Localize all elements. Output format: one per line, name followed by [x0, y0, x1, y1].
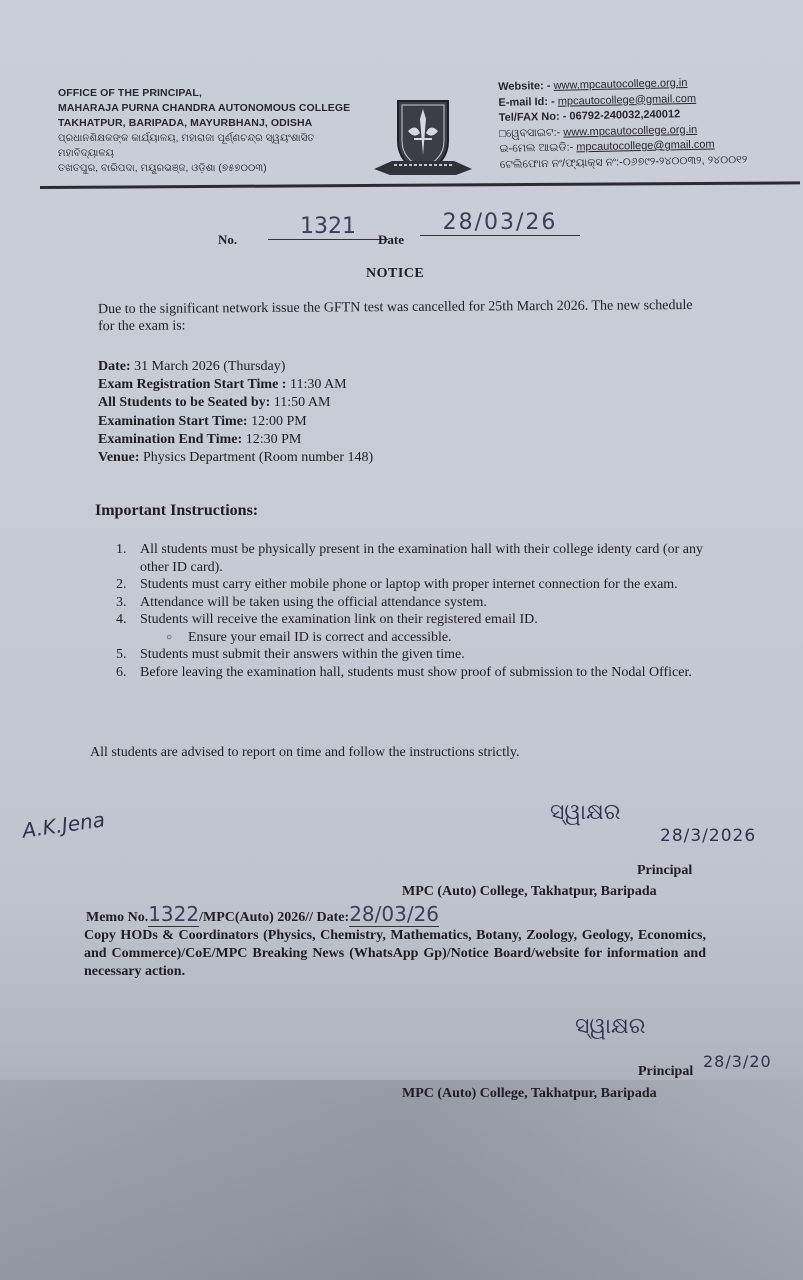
- college-crest-logo-icon: [370, 95, 476, 185]
- letterhead-left: OFFICE OF THE PRINCIPAL, MAHARAJA PURNA …: [58, 86, 350, 176]
- college-signature-line-2: MPC (Auto) College, Takhatpur, Baripada: [402, 1086, 657, 1102]
- principal-signature: ସ୍ୱାକ୍ଷର: [550, 800, 620, 825]
- intro-paragraph: Due to the significant network issue the…: [98, 297, 708, 335]
- instructions-list: 1.All students must be physically presen…: [116, 541, 706, 681]
- odia-college-line: ମହାବିଦ୍ୟାଳୟ: [58, 146, 350, 161]
- list-item: 5.Students must submit their answers wit…: [116, 646, 706, 664]
- tel-number: 06792-240032,240012: [569, 108, 680, 122]
- handwritten-notice-number: 1321: [268, 214, 388, 240]
- memo-line: Memo No.1322/MPC(Auto) 2026// Date:28/03…: [86, 902, 439, 926]
- list-item: 4.Students will receive the examination …: [116, 611, 706, 629]
- exam-schedule: Date: 31 March 2026 (Thursday) Exam Regi…: [98, 358, 373, 467]
- schedule-row: Exam Registration Start Time : 11:30 AM: [98, 376, 373, 394]
- odia-address-line: ତଖତପୁର, ବାରିପଦା, ମୟୂରଭଞ୍ଜ, ଓଡ଼ିଶା (୭୫୭୦୦…: [58, 161, 350, 176]
- initials-signature: A.K.Jena: [21, 807, 107, 842]
- signature-date: 28/3/2026: [660, 826, 756, 846]
- no-label: No.: [218, 232, 237, 248]
- letterhead-right: Website: - www.mpcautocollege.org.in E-m…: [498, 75, 747, 173]
- schedule-row: Venue: Physics Department (Room number 1…: [98, 449, 373, 467]
- list-item: 6.Before leaving the examination hall, s…: [116, 664, 706, 682]
- sub-list-item: ○Ensure your email ID is correct and acc…: [116, 629, 706, 647]
- college-address: TAKHATPUR, BARIPADA, MAYURBHANJ, ODISHA: [58, 116, 350, 131]
- handwritten-notice-date: 28/03/26: [420, 210, 580, 236]
- college-name: MAHARAJA PURNA CHANDRA AUTONOMOUS COLLEG…: [58, 101, 350, 116]
- schedule-row: Examination Start Time: 12:00 PM: [98, 413, 373, 431]
- email-link[interactable]: mpcautocollege@gmail.com: [558, 92, 697, 107]
- college-signature-line: MPC (Auto) College, Takhatpur, Baripada: [402, 884, 657, 900]
- signature-date-2: 28/3/20: [703, 1052, 772, 1071]
- list-item: 1.All students must be physically presen…: [116, 541, 706, 576]
- date-label: Date: [378, 232, 404, 248]
- schedule-row: Date: 31 March 2026 (Thursday): [98, 358, 373, 376]
- schedule-row: All Students to be Seated by: 11:50 AM: [98, 394, 373, 412]
- list-item: 3.Attendance will be taken using the off…: [116, 594, 706, 612]
- principal-title-2: Principal: [638, 1064, 693, 1080]
- odia-email-link[interactable]: mpcautocollege@gmail.com: [576, 138, 715, 153]
- instructions-heading: Important Instructions:: [95, 502, 258, 520]
- principal-signature-2: ସ୍ୱାକ୍ଷର: [575, 1014, 645, 1039]
- website-link[interactable]: www.mpcautocollege.org.in: [553, 77, 687, 92]
- copy-to-text: Copy HODs & Coordinators (Physics, Chemi…: [84, 927, 706, 981]
- handwritten-memo-number: 1322: [148, 902, 199, 927]
- list-item: 2.Students must carry either mobile phon…: [116, 576, 706, 594]
- principal-title: Principal: [637, 863, 692, 879]
- office-line: OFFICE OF THE PRINCIPAL,: [58, 86, 350, 101]
- odia-website-link[interactable]: www.mpcautocollege.org.in: [563, 123, 697, 138]
- notice-title: NOTICE: [366, 266, 424, 282]
- page-shadow: [0, 1080, 803, 1280]
- schedule-row: Examination End Time: 12:30 PM: [98, 431, 373, 449]
- circle-bullet-icon: ○: [166, 629, 172, 647]
- advisory-line: All students are advised to report on ti…: [90, 745, 520, 761]
- odia-office-line: ପ୍ରଧାନଶିକ୍ଷକଙ୍କ କାର୍ଯ୍ୟାଳୟ, ମହାରାଜା ପୂର୍…: [58, 131, 350, 146]
- handwritten-memo-date: 28/03/26: [349, 902, 439, 927]
